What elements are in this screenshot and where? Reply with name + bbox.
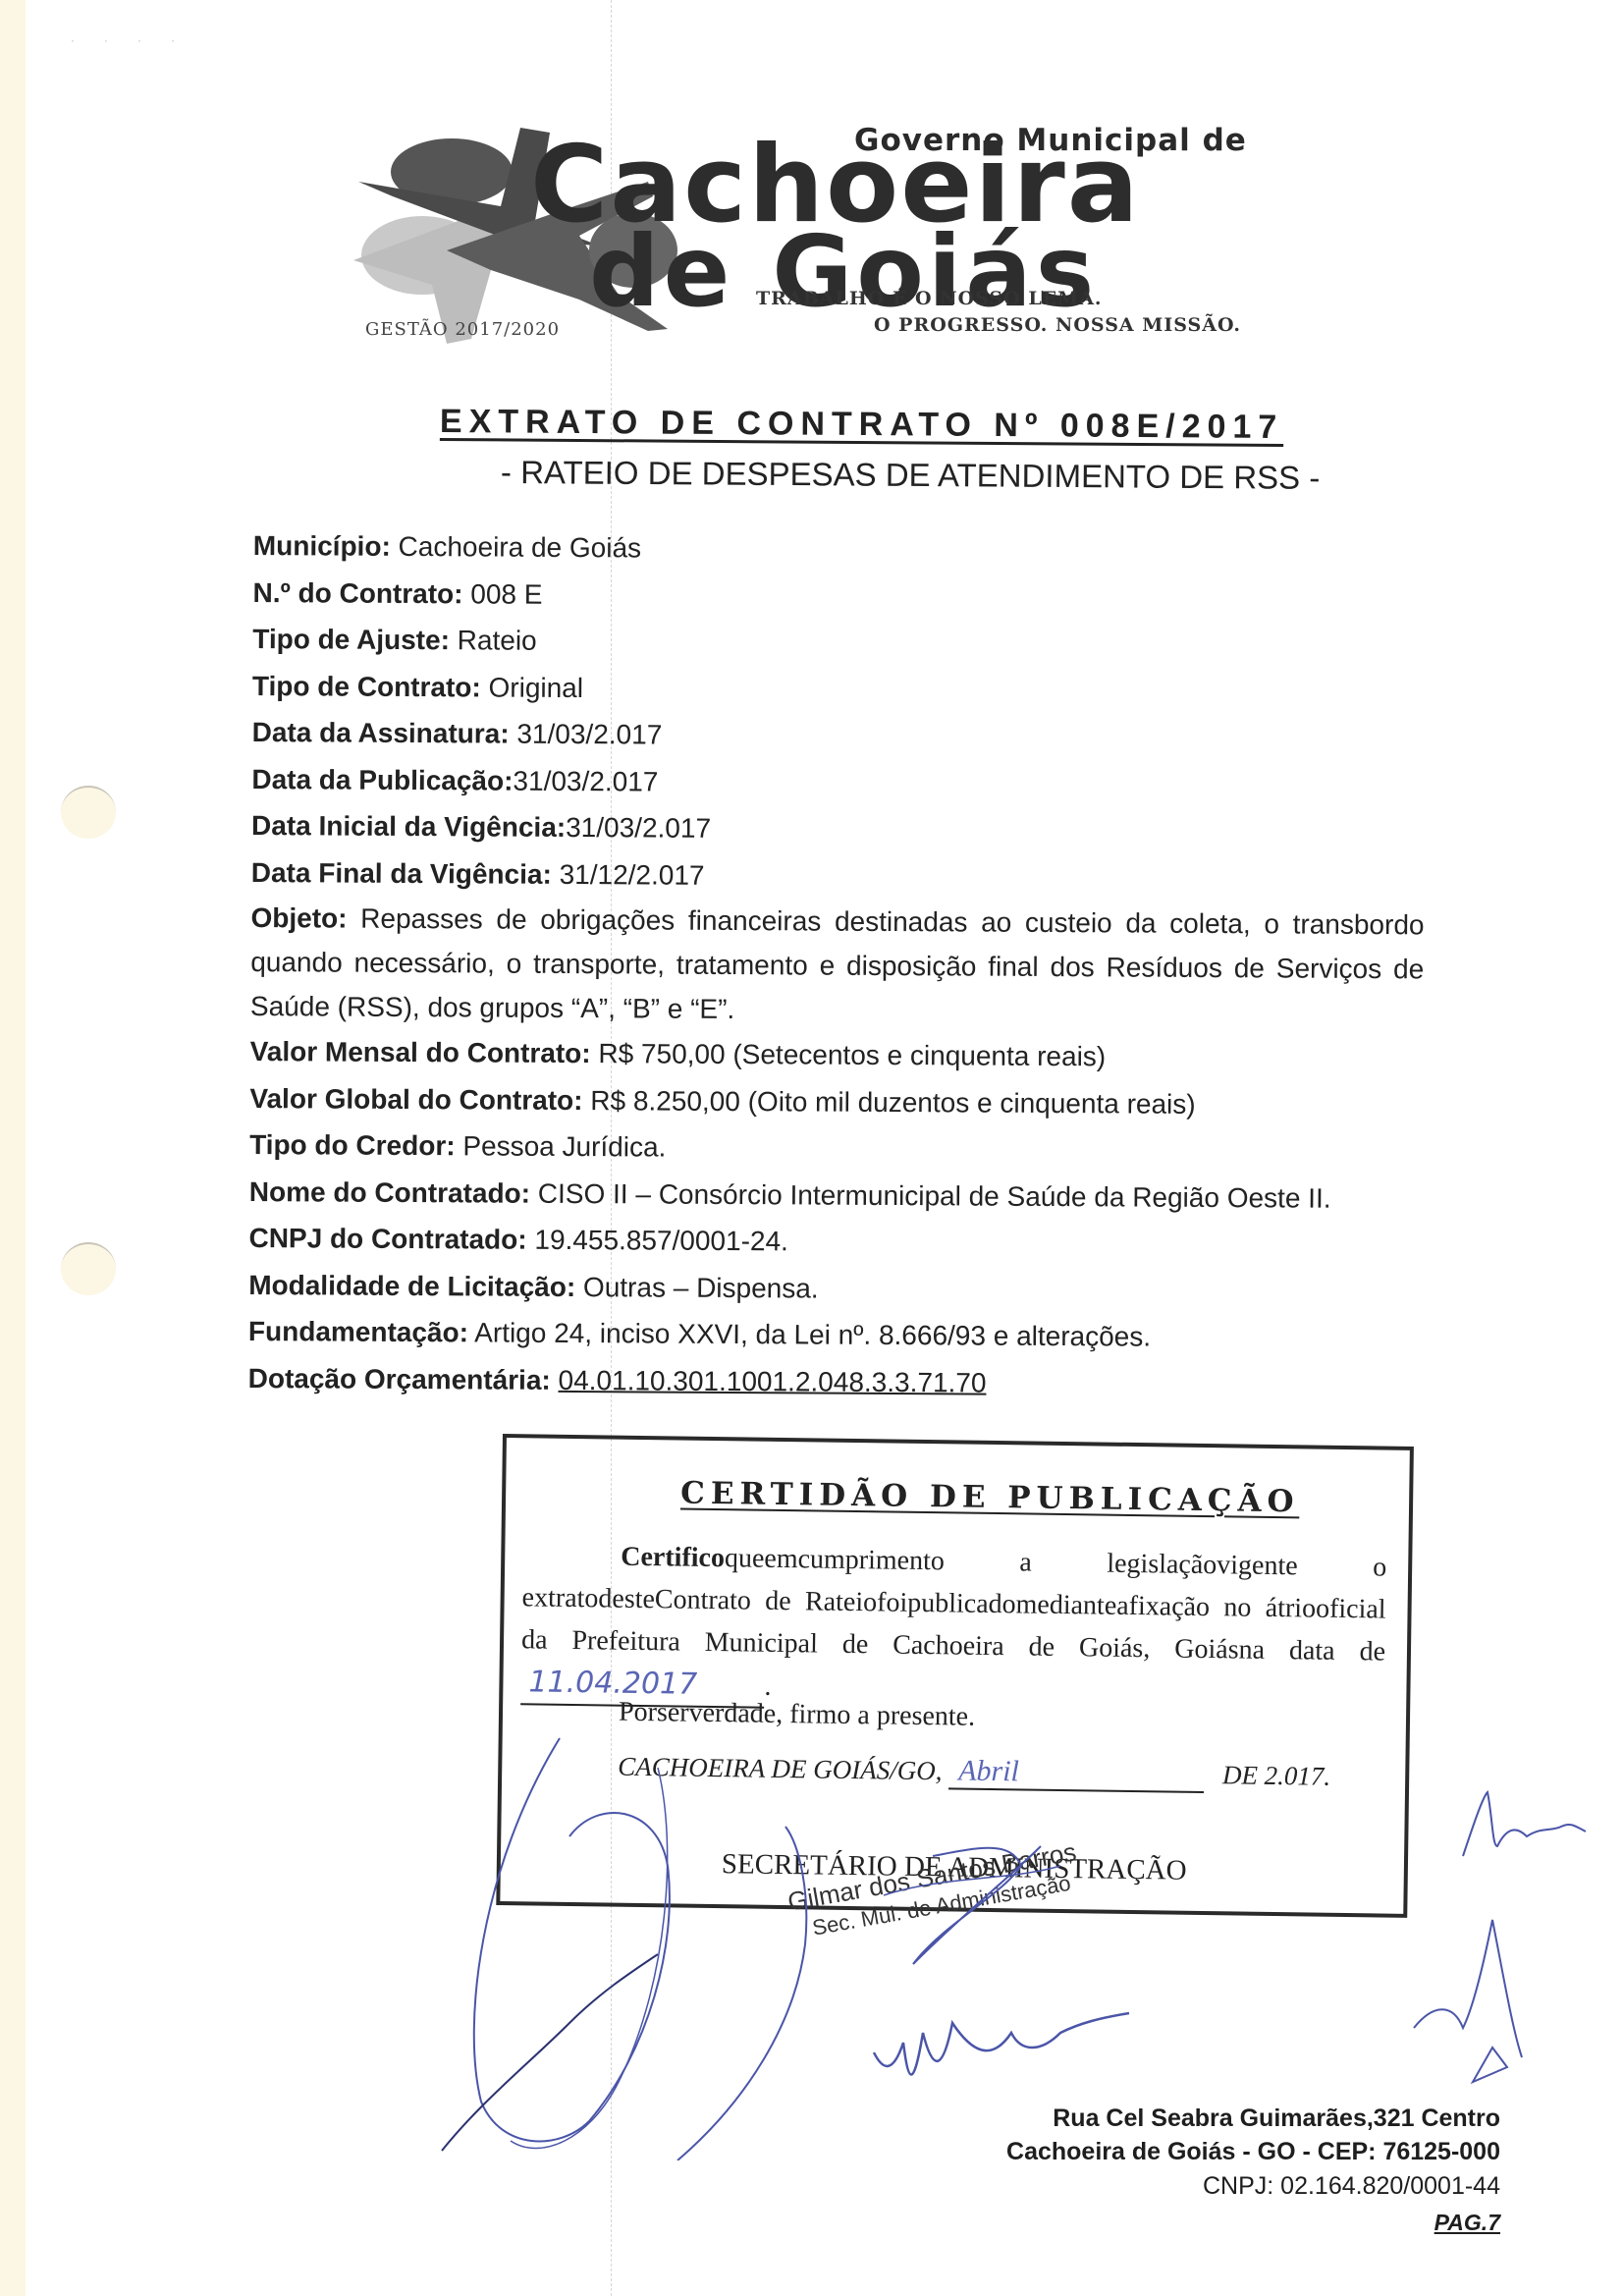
document-subtitle: - RATEIO DE DESPESAS DE ATENDIMENTO DE R… [501,454,1321,497]
field-creditor-type: Tipo do Credor: Pessoa Jurídica. [249,1121,1428,1175]
signature-icon [864,1994,1159,2102]
footer-address: Rua Cel Seabra Guimarães,321 Centro Cach… [1006,2102,1500,2236]
administration-term: GESTÃO 2017/2020 [365,319,560,340]
field-contractor-cnpj: CNPJ do Contratado: 19.455.857/0001-24. [248,1215,1427,1269]
field-bidding-modality: Modalidade de Licitação: Outras – Dispen… [248,1261,1427,1315]
handwritten-month: Abril [948,1754,1204,1793]
punch-hole [61,1242,116,1295]
scan-dots: ···· [71,33,204,47]
field-global-value: Valor Global do Contrato: R$ 8.250,00 (O… [249,1074,1428,1128]
field-object: Objeto: Repasses de obrigações financeir… [250,896,1425,1035]
field-adjustment-type: Tipo de Ajuste: Rateio [252,616,1431,670]
signature-icon [1453,1787,1591,1876]
page-number: PAG.7 [1006,2210,1500,2236]
field-signature-date: Data da Assinatura: 31/03/2.017 [252,709,1431,763]
address-line-2: Cachoeira de Goiás - GO - CEP: 76125-000 [1006,2135,1500,2168]
field-municipio: Município: Cachoeira de Goiás [253,522,1432,576]
address-line-1: Rua Cel Seabra Guimarães,321 Centro [1006,2102,1500,2135]
field-validity-end: Data Final da Vigência: 31/12/2.017 [251,848,1430,902]
field-contractor-name: Nome do Contratado: CISO II – Consórcio … [249,1168,1428,1222]
field-validity-start: Data Inicial da Vigência:31/03/2.017 [251,802,1430,856]
field-publication-date: Data da Publicação:31/03/2.017 [251,755,1430,809]
certificate-title: CERTIDÃO DE PUBLICAÇÃO [680,1476,1300,1520]
document-title: EXTRATO DE CONTRATO Nº 008E/2017 [440,403,1284,447]
field-budget-allocation: Dotação Orçamentária: 04.01.10.301.1001.… [248,1354,1427,1408]
punch-hole [61,786,116,839]
municipal-logo: Governo Municipal de Cachoeira de Goiás … [353,113,1434,349]
paper-edge [0,0,26,2296]
field-legal-basis: Fundamentação: Artigo 24, inciso XXVI, d… [248,1308,1427,1362]
field-monthly-value: Valor Mensal do Contrato: R$ 750,00 (Set… [250,1028,1429,1082]
municipal-cnpj: CNPJ: 02.164.820/0001-44 [1006,2168,1500,2204]
motto-line-1: TRABALHO É O NOSSO LEMA. [756,288,1103,309]
contract-fields: Município: Cachoeira de Goiás N.º do Con… [248,522,1432,1408]
signature-icon [864,1836,1119,1984]
motto-line-2: O PROGRESSO. NOSSA MISSÃO. [874,314,1241,336]
certificate-body: Certificoqueemcumprimento a legislaçãovi… [520,1534,1386,1717]
field-contract-number: N.º do Contrato: 008 E [252,569,1431,623]
field-contract-type: Tipo de Contrato: Original [252,662,1431,716]
signature-icon [1394,1910,1551,2087]
